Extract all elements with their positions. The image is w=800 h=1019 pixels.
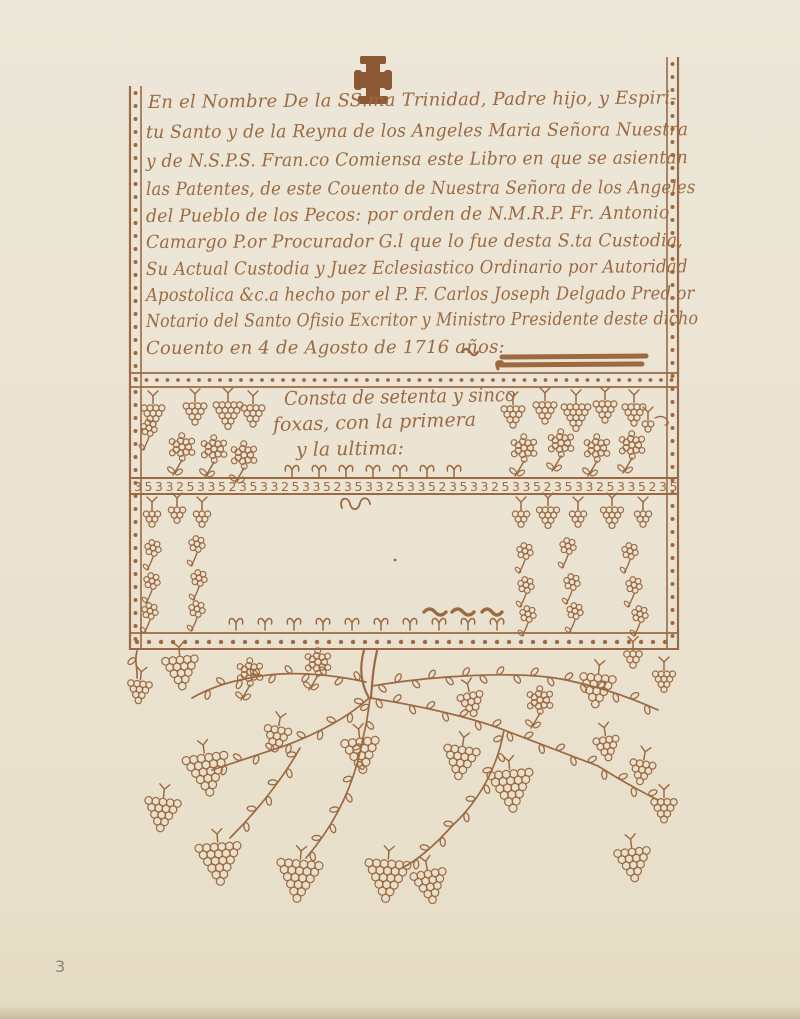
grape-cluster: [600, 493, 623, 528]
svg-text:2: 2: [334, 479, 342, 494]
vine-leaf: [630, 691, 640, 700]
vine-leaf: [378, 684, 388, 694]
grape-cluster: [512, 497, 529, 527]
vine-leaf: [265, 796, 272, 806]
grape-cluster: [213, 388, 243, 430]
grape-cluster: [180, 737, 233, 799]
vine-leaf: [334, 676, 344, 686]
flower-bunch: [619, 543, 638, 574]
svg-text:5: 5: [638, 479, 646, 494]
vine-leaf: [564, 672, 574, 682]
vine-leaf: [392, 694, 402, 704]
tulip-sprig: [403, 619, 417, 630]
svg-text:5: 5: [428, 479, 436, 494]
vine-leaf: [445, 676, 455, 686]
flower-bunch: [186, 601, 205, 632]
flower-bunch: [517, 606, 536, 637]
svg-text:3: 3: [407, 479, 415, 494]
svg-text:5: 5: [670, 479, 678, 494]
svg-text:3: 3: [365, 479, 373, 494]
tulip-sprig: [461, 619, 475, 630]
flower-bunch: [141, 573, 160, 604]
grape-cluster: [183, 389, 207, 425]
grape-cluster: [142, 782, 183, 833]
vine-leaf: [215, 676, 225, 685]
svg-text:2: 2: [229, 479, 237, 494]
vine-leaf: [326, 716, 336, 724]
flower-bunch: [561, 574, 580, 605]
tulip-sprig: [285, 466, 299, 477]
svg-text:5: 5: [292, 479, 300, 494]
vine-leaf: [345, 793, 354, 803]
svg-text:3: 3: [271, 479, 279, 494]
cross-icon: [354, 56, 392, 104]
svg-text:3: 3: [376, 479, 384, 494]
svg-text:3: 3: [586, 479, 594, 494]
svg-text:2: 2: [544, 479, 552, 494]
grape-cluster: [454, 676, 488, 719]
grape-cluster: [533, 388, 557, 424]
svg-text:3: 3: [659, 479, 667, 494]
flower-bunch: [186, 536, 205, 567]
svg-text:5: 5: [218, 479, 226, 494]
svg-text:3: 3: [617, 479, 625, 494]
grape-cluster: [274, 844, 325, 904]
grape-cluster: [652, 657, 675, 692]
vine-leaf: [413, 860, 419, 869]
vine-leaf: [618, 772, 628, 780]
vine-leaf: [127, 656, 137, 665]
flower-bunch: [629, 606, 648, 637]
vine-leaf: [420, 844, 430, 851]
page-number: 3: [55, 957, 65, 976]
manuscript-drawing: 3533253352353325335235332533523533253352…: [0, 0, 800, 1019]
flower-bunch: [623, 577, 642, 608]
flower-bunch: [139, 603, 158, 634]
dotted-band: [130, 633, 678, 649]
grape-cluster: [486, 754, 537, 814]
svg-text:5: 5: [460, 479, 468, 494]
grape-cluster: [651, 785, 677, 823]
tulip-sprig: [490, 619, 504, 630]
flower-bunch: [617, 431, 645, 474]
grape-cluster: [126, 666, 154, 705]
vine-leaf: [354, 698, 364, 705]
svg-text:3: 3: [302, 479, 310, 494]
grape-cluster: [536, 493, 559, 528]
svg-text:3: 3: [344, 479, 352, 494]
vine-leaf: [556, 743, 566, 752]
vine-leaf: [648, 789, 658, 797]
vine-leaf: [466, 796, 475, 801]
grape-cluster: [241, 391, 265, 427]
grape-cluster: [622, 390, 646, 426]
flower-bunch: [303, 648, 331, 691]
svg-text:5: 5: [607, 479, 615, 494]
svg-text:5: 5: [355, 479, 363, 494]
flower-bunch: [525, 686, 553, 729]
grape-cluster: [612, 832, 653, 883]
svg-text:3: 3: [449, 479, 457, 494]
tulip-sprig: [312, 466, 326, 477]
svg-text:3: 3: [208, 479, 216, 494]
svg-text:2: 2: [491, 479, 499, 494]
svg-text:3: 3: [197, 479, 205, 494]
svg-text:3: 3: [575, 479, 583, 494]
grape-cluster: [339, 722, 382, 775]
vine-leaf: [492, 718, 502, 727]
vine-leaf: [483, 784, 491, 794]
tulip-sprig: [447, 466, 461, 477]
grape-cluster: [642, 407, 654, 432]
vine-leaf: [524, 731, 534, 740]
tulip-sprig: [287, 619, 301, 630]
tulip-sprig: [366, 466, 380, 477]
vine-leaf: [247, 806, 256, 811]
flower-bunch: [509, 434, 537, 477]
svg-text:2: 2: [596, 479, 604, 494]
vine-leaf: [440, 837, 446, 846]
svg-text:5: 5: [145, 479, 153, 494]
svg-text:2: 2: [281, 479, 289, 494]
vine-leaf: [601, 770, 607, 779]
lower-ornament-panel: [139, 493, 651, 637]
grape-cluster: [634, 497, 651, 527]
svg-text:2: 2: [386, 479, 394, 494]
svg-text:5: 5: [323, 479, 331, 494]
svg-text:5: 5: [187, 479, 195, 494]
vine-leaf: [587, 755, 597, 764]
tulip-sprig: [339, 466, 353, 477]
grape-cluster: [593, 387, 617, 423]
svg-text:3: 3: [313, 479, 321, 494]
grape-cluster: [194, 827, 244, 886]
scallop-band: 3533253352353325335235332533523533253352…: [130, 478, 678, 494]
flower-bunch: [188, 570, 207, 601]
grape-cluster: [168, 493, 185, 523]
tulip-sprig: [420, 466, 434, 477]
vine-leaf: [411, 679, 421, 689]
svg-text:2: 2: [176, 479, 184, 494]
flower-bunch: [199, 435, 227, 478]
folio-note-line: Consta de setenta y sinco: [284, 385, 516, 410]
vine-leaf: [329, 823, 337, 833]
grape-cluster: [626, 745, 658, 787]
vine-leaf: [444, 821, 453, 827]
flower-bunch: [515, 577, 534, 608]
vine-leaf: [631, 787, 637, 796]
svg-text:3: 3: [554, 479, 562, 494]
flourish-rule: [462, 349, 646, 369]
svg-text:5: 5: [533, 479, 541, 494]
tulip-sprig: [345, 619, 359, 630]
svg-text:3: 3: [155, 479, 163, 494]
folio-note-line: y la ultima:: [296, 438, 404, 461]
flower-bunch: [582, 434, 610, 477]
manuscript-page: 3533253352353325335235332533523533253352…: [0, 0, 800, 1019]
grape-cluster: [569, 497, 586, 527]
vine-leaf: [312, 835, 321, 840]
flower-bunch: [557, 538, 576, 569]
vine-leaf: [347, 713, 353, 722]
vine-leaf: [530, 667, 540, 677]
flower-bunch: [514, 543, 533, 574]
vine-leaf: [232, 753, 242, 762]
vine-leaf: [365, 721, 375, 731]
tulip-sprig: [316, 619, 330, 630]
svg-text:3: 3: [628, 479, 636, 494]
grape-cluster: [561, 390, 591, 432]
svg-text:3: 3: [523, 479, 531, 494]
vine-leaf: [296, 730, 306, 739]
svg-text:3: 3: [512, 479, 520, 494]
flower-bunch: [167, 433, 195, 476]
vine-leaf: [426, 700, 436, 709]
page-bottom-edge: [0, 1005, 800, 1019]
dotted-border: [130, 57, 678, 650]
svg-text:3: 3: [260, 479, 268, 494]
vine-leaf: [265, 742, 275, 751]
svg-text:3: 3: [481, 479, 489, 494]
vine-leaf: [286, 768, 293, 778]
svg-text:5: 5: [565, 479, 573, 494]
tulip-sprig: [374, 619, 388, 630]
svg-text:5: 5: [397, 479, 405, 494]
flower-bunch: [142, 540, 161, 571]
grape-cluster: [440, 730, 483, 782]
svg-text:2: 2: [649, 479, 657, 494]
vine-leaf: [287, 751, 296, 757]
flower-bunch: [564, 603, 583, 634]
vine-leaf: [463, 812, 469, 822]
tulip-sprig: [229, 619, 243, 630]
flower-bunch: [546, 429, 574, 472]
svg-text:3: 3: [166, 479, 174, 494]
grape-cluster: [362, 844, 412, 903]
vine-leaf: [459, 708, 469, 717]
grape-cluster: [193, 497, 210, 527]
vine-leaf: [497, 752, 506, 762]
svg-text:5: 5: [250, 479, 258, 494]
svg-text:2: 2: [439, 479, 447, 494]
grape-cluster: [143, 497, 160, 527]
svg-text:3: 3: [470, 479, 478, 494]
tulip-sprig: [432, 619, 446, 630]
svg-text:3: 3: [239, 479, 247, 494]
vine-leaf: [309, 852, 316, 862]
tulip-sprig: [393, 466, 407, 477]
svg-text:3: 3: [418, 479, 426, 494]
vine-leaf: [268, 780, 277, 785]
vine-leaf: [243, 822, 249, 831]
tulip-sprig: [258, 619, 272, 630]
svg-text:5: 5: [502, 479, 510, 494]
svg-text:3: 3: [134, 479, 142, 494]
